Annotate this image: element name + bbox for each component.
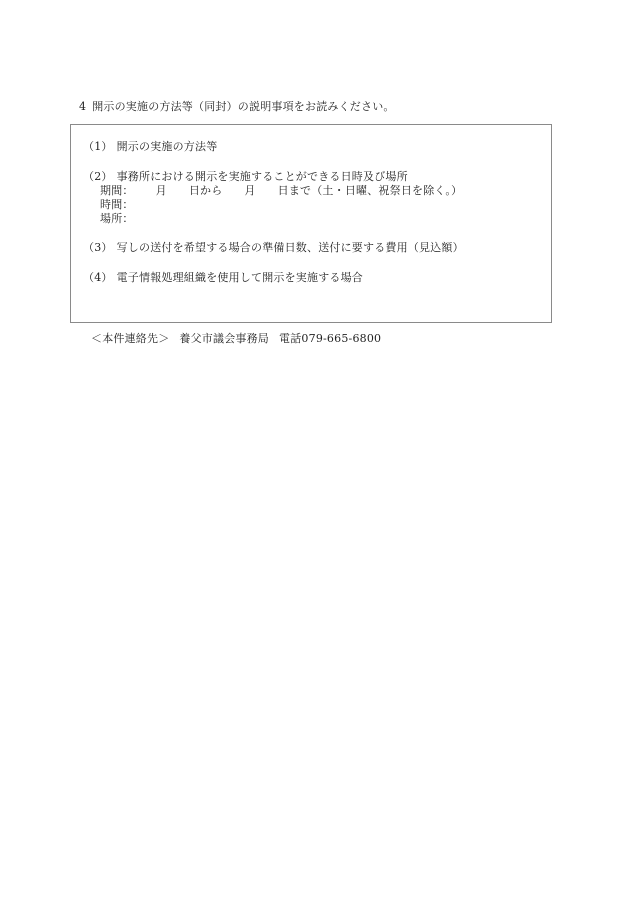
explanation-box: （1）開示の実施の方法等 （2）事務所における開示を実施することができる日時及び… (70, 124, 552, 323)
contact-phone: 079-665-6800 (301, 332, 381, 345)
item-1: （1）開示の実施の方法等 (83, 140, 217, 154)
section-heading: 4開示の実施の方法等（同封）の説明事項をお読みください。 (79, 100, 395, 114)
period-label: 期間： (100, 184, 134, 197)
item-4-label: （4） (83, 271, 113, 285)
schedule-time-line: 時間： (100, 198, 134, 212)
period-month-1: 月 (156, 184, 167, 197)
period-until: 日まで（土・日曜、祝祭日を除く。） (278, 184, 463, 197)
contact-line: ＜本件連絡先＞養父市議会事務局電話079-665-6800 (91, 332, 381, 346)
period-month-2: 月 (244, 184, 255, 197)
schedule-period-line: 期間：月日から月日まで（土・日曜、祝祭日を除く。） (100, 184, 462, 198)
item-2: （2）事務所における開示を実施することができる日時及び場所 (83, 170, 408, 184)
item-1-label: （1） (83, 140, 113, 154)
item-3-text: 写しの送付を希望する場合の準備日数、送付に要する費用（見込額） (117, 241, 464, 254)
contact-office: 養父市議会事務局 (179, 332, 269, 345)
section-number: 4 (79, 100, 86, 113)
document-page: 4開示の実施の方法等（同封）の説明事項をお読みください。 （1）開示の実施の方法… (0, 0, 630, 903)
item-1-text: 開示の実施の方法等 (117, 140, 218, 153)
section-title: 開示の実施の方法等（同封）の説明事項をお読みください。 (92, 100, 394, 113)
schedule-place-line: 場所： (100, 212, 134, 226)
item-4: （4）電子情報処理組織を使用して開示を実施する場合 (83, 271, 363, 285)
item-3-label: （3） (83, 241, 113, 255)
item-4-text: 電子情報処理組織を使用して開示を実施する場合 (117, 271, 363, 284)
place-label: 場所： (100, 212, 134, 225)
period-from: 日から (189, 184, 223, 197)
item-2-label: （2） (83, 170, 113, 184)
item-2-text: 事務所における開示を実施することができる日時及び場所 (117, 170, 408, 183)
time-label: 時間： (100, 198, 134, 211)
contact-label: ＜本件連絡先＞ (91, 332, 169, 345)
item-3: （3）写しの送付を希望する場合の準備日数、送付に要する費用（見込額） (83, 241, 464, 255)
contact-phone-label: 電話 (279, 332, 301, 345)
